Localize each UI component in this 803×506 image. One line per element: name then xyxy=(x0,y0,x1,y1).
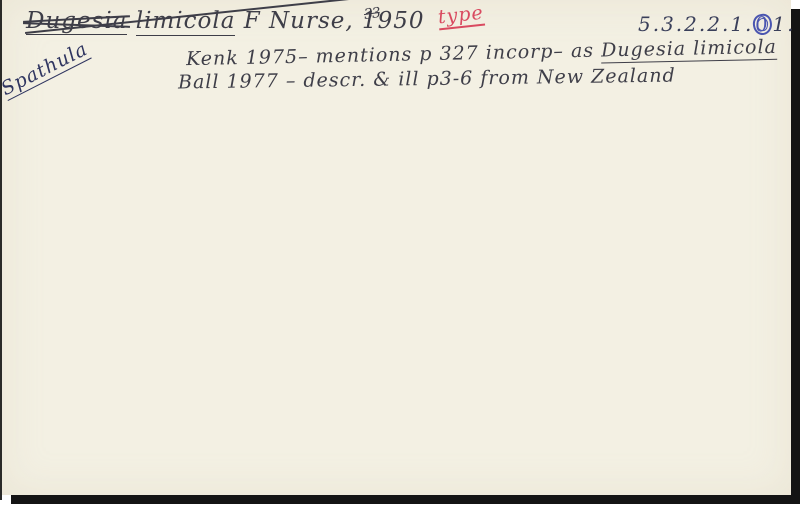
type-annotation: type xyxy=(437,2,485,31)
authority-text: F Nurse, 1950 xyxy=(244,8,425,34)
scan-edge-shadow xyxy=(0,0,2,500)
crossed-superscript: 33 xyxy=(363,5,381,23)
catalog-number-scribbled-digit: 0 xyxy=(752,13,774,37)
scanned-index-card-page: { "card": { "catalog_number": { "prefix"… xyxy=(0,0,803,506)
line-2-kenk-reference: Kenk 1975– mentions p 327 incorp– as Dug… xyxy=(186,36,777,70)
catalog-number: 5.3.2.2.1.01. xyxy=(638,12,796,36)
catalog-number-prefix: 5.3.2.2.1. xyxy=(638,12,753,36)
ball-reference-text: Ball 1977 – descr. & ill p3-6 from New Z… xyxy=(178,65,676,94)
index-card: Dugesia limicola F Nurse, 1950 33 Spathu… xyxy=(2,0,791,495)
catalog-number-suffix: 1. xyxy=(772,12,795,36)
line-3-ball-reference: Ball 1977 – descr. & ill p3-6 from New Z… xyxy=(178,65,676,94)
kenk-reference-name: Dugesia limicola xyxy=(601,36,777,64)
margin-annotation-spathula: Spathula xyxy=(0,38,92,101)
